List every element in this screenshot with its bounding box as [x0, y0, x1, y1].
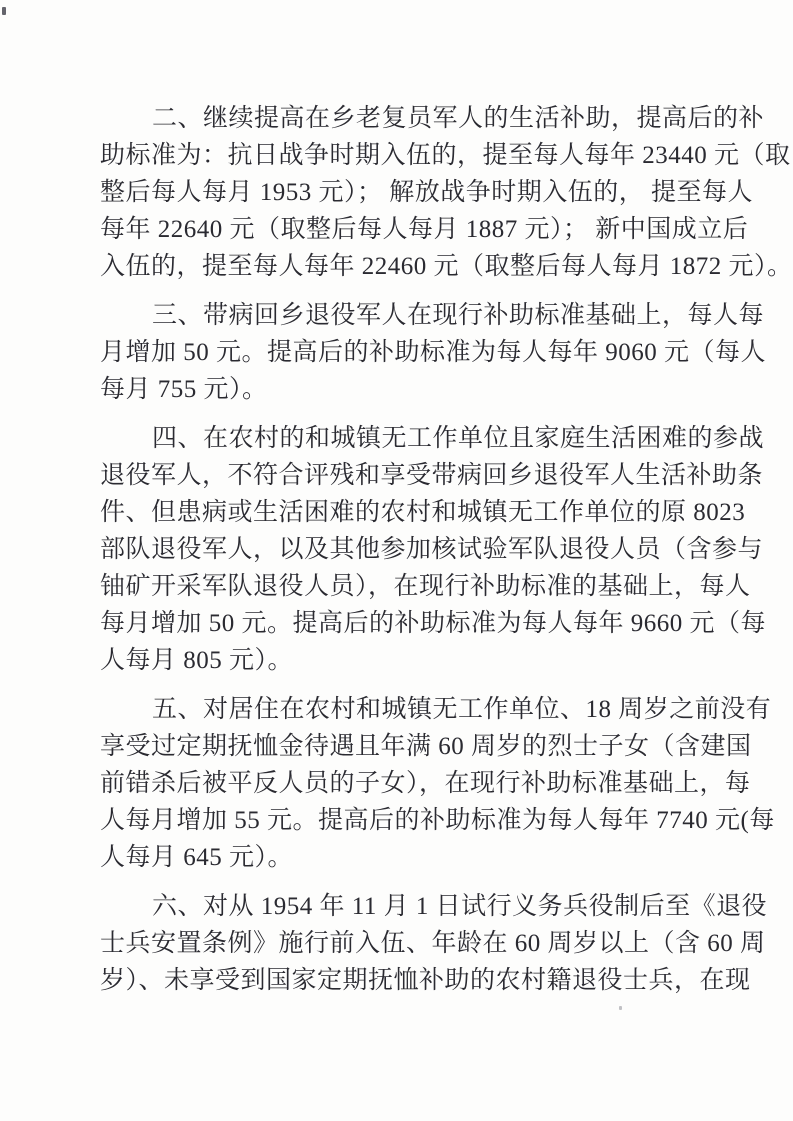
paragraph-line: 入伍的，提至每人每年 22460 元（取整后每人每月 1872 元）。	[100, 248, 686, 285]
scan-artifact-icon	[2, 7, 6, 15]
paragraph-line: 每月增加 50 元。提高后的补助标准为每人每年 9660 元（每	[100, 605, 686, 642]
paragraph-line: 部队退役军人，以及其他参加核试验军队退役人员（含参与	[100, 531, 686, 568]
paragraph-line: 助标准为：抗日战争时期入伍的，提至每人每年 23440 元（取	[100, 137, 686, 174]
paragraph-六: 六、对从 1954 年 11 月 1 日试行义务兵役制后至《退役士兵安置条例》施…	[100, 888, 686, 999]
document-body: 二、继续提高在乡老复员军人的生活补助，提高后的补助标准为：抗日战争时期入伍的，提…	[100, 100, 686, 999]
paragraph-line: 月增加 50 元。提高后的补助标准为每人每年 9060 元（每人	[100, 334, 686, 371]
paragraph-line: 六、对从 1954 年 11 月 1 日试行义务兵役制后至《退役	[100, 888, 686, 925]
document-page: 二、继续提高在乡老复员军人的生活补助，提高后的补助标准为：抗日战争时期入伍的，提…	[0, 0, 793, 1121]
paragraph-line: 件、但患病或生活困难的农村和城镇无工作单位的原 8023	[100, 494, 686, 531]
paragraph-line: 二、继续提高在乡老复员军人的生活补助，提高后的补	[100, 100, 686, 137]
paragraph-line: 退役军人，不符合评残和享受带病回乡退役军人生活补助条	[100, 457, 686, 494]
scan-artifact-icon	[619, 1006, 622, 1010]
paragraph-line: 人每月增加 55 元。提高后的补助标准为每人每年 7740 元(每	[100, 802, 686, 839]
paragraph-line: 整后每人每月 1953 元）； 解放战争时期入伍的， 提至每人	[100, 174, 686, 211]
paragraph-line: 人每月 645 元）。	[100, 839, 686, 876]
paragraph-line: 每年 22640 元（取整后每人每月 1887 元）； 新中国成立后	[100, 211, 686, 248]
paragraph-line: 前错杀后被平反人员的子女），在现行补助标准基础上，每	[100, 765, 686, 802]
paragraph-line: 岁）、未享受到国家定期抚恤补助的农村籍退役士兵，在现	[100, 962, 686, 999]
paragraph-line: 四、在农村的和城镇无工作单位且家庭生活困难的参战	[100, 420, 686, 457]
paragraph-line: 人每月 805 元）。	[100, 642, 686, 679]
paragraph-line: 三、带病回乡退役军人在现行补助标准基础上，每人每	[100, 297, 686, 334]
paragraph-line: 五、对居住在农村和城镇无工作单位、18 周岁之前没有	[100, 691, 686, 728]
paragraph-line: 享受过定期抚恤金待遇且年满 60 周岁的烈士子女（含建国	[100, 728, 686, 765]
paragraph-line: 士兵安置条例》施行前入伍、年龄在 60 周岁以上（含 60 周	[100, 925, 686, 962]
paragraph-三: 三、带病回乡退役军人在现行补助标准基础上，每人每月增加 50 元。提高后的补助标…	[100, 297, 686, 408]
paragraph-二: 二、继续提高在乡老复员军人的生活补助，提高后的补助标准为：抗日战争时期入伍的，提…	[100, 100, 686, 285]
paragraph-line: 铀矿开采军队退役人员），在现行补助标准的基础上，每人	[100, 568, 686, 605]
paragraph-line: 每月 755 元）。	[100, 371, 686, 408]
paragraph-五: 五、对居住在农村和城镇无工作单位、18 周岁之前没有享受过定期抚恤金待遇且年满 …	[100, 691, 686, 876]
paragraph-四: 四、在农村的和城镇无工作单位且家庭生活困难的参战退役军人，不符合评残和享受带病回…	[100, 420, 686, 679]
